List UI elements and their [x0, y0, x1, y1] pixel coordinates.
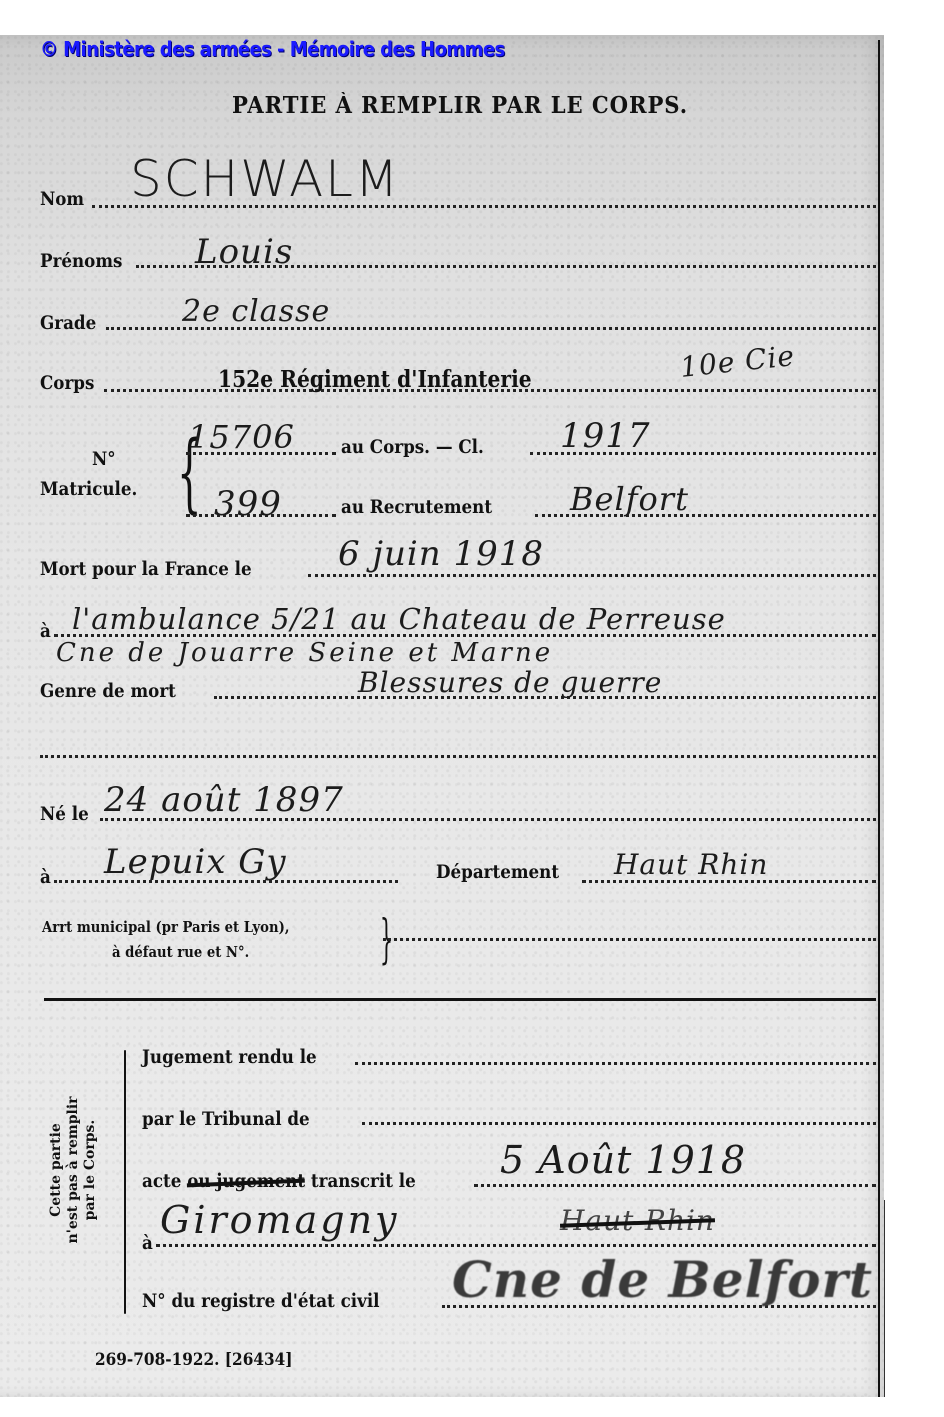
naissance-label: Né le: [40, 803, 89, 825]
nom-value: SCHWALM: [130, 150, 400, 208]
lieu-mort-value-line1: l'ambulance 5/21 au Chateau de Perreuse: [72, 602, 726, 636]
transcription-value: 5 Août 1918: [500, 1138, 746, 1182]
matricule-corps-label: au Corps. — Cl.: [341, 436, 484, 458]
classe-value: 1917: [560, 416, 651, 456]
copyright-watermark: © Ministère des armées - Mémoire des Hom…: [40, 37, 505, 61]
jugement-rendu-label: Jugement rendu le: [142, 1046, 317, 1068]
tribunal-label: par le Tribunal de: [142, 1108, 310, 1130]
transcription-label-prefix: acte: [142, 1170, 181, 1192]
arrondissement-label-line2: à défaut rue et N°.: [112, 943, 249, 961]
lieu-transcription-value: Giromagny: [160, 1198, 400, 1242]
matricule-recrutement-value: 399: [214, 484, 282, 524]
lieu-mort-value-line2: Cne de Jouarre Seine et Marne: [56, 638, 553, 668]
transcription-label-struck: ou jugement: [187, 1170, 305, 1192]
section-divider: [44, 998, 876, 1001]
lieu-transcription-label: à: [142, 1232, 153, 1254]
side-note: Cette partie n'est pas à remplir par le …: [48, 1070, 99, 1270]
jugement-rendu-line: [355, 1062, 876, 1065]
arrondissement-label-line1: Arrt municipal (pr Paris et Lyon),: [42, 918, 289, 936]
departement-label: Département: [436, 861, 559, 883]
transcription-label-suffix: transcrit le: [311, 1170, 416, 1192]
prenoms-value: Louis: [195, 232, 293, 272]
naissance-value: 24 août 1897: [104, 780, 344, 820]
lieu-naissance-label: à: [40, 866, 51, 888]
matricule-corps-value: 15706: [188, 418, 295, 456]
genre-mort-value: Blessures de guerre: [358, 666, 662, 699]
lieu-transcription-line: [156, 1244, 876, 1247]
mort-line: [308, 574, 876, 577]
departement-value: Haut Rhin: [614, 848, 768, 881]
mort-label: Mort pour la France le: [40, 558, 252, 580]
document-page: [0, 35, 884, 1397]
recrutement-label: au Recrutement: [341, 496, 492, 518]
side-note-line1: Cette partie: [48, 1070, 65, 1270]
mort-value: 6 juin 1918: [338, 534, 544, 574]
page-border-rule-secondary: [884, 1200, 885, 1397]
transcription-line: [474, 1184, 876, 1187]
matricule-label: Matricule.: [40, 478, 137, 500]
grade-label: Grade: [40, 312, 96, 334]
genre-mort-label: Genre de mort: [40, 680, 176, 702]
transcription-label: acte ou jugement transcrit le: [142, 1170, 416, 1192]
extra-line: [40, 755, 876, 758]
jugement-bracket: [124, 1050, 126, 1314]
corps-label: Corps: [40, 372, 94, 394]
registre-label: N° du registre d'état civil: [142, 1290, 380, 1312]
side-note-line2: n'est pas à remplir: [65, 1070, 82, 1270]
nom-label: Nom: [40, 188, 84, 210]
lieu-transcription-struck-value: Haut-Rhin: [560, 1204, 715, 1237]
lieu-mort-label: à: [40, 620, 51, 642]
form-reference-code: 269-708-1922. [26434]: [95, 1350, 293, 1370]
form-title: PARTIE À REMPLIR PAR LE CORPS.: [37, 92, 883, 119]
side-note-line3: par le Corps.: [82, 1070, 99, 1270]
corps-value: 152e Régiment d'Infanterie: [218, 366, 532, 393]
arrondissement-line: [383, 938, 876, 941]
lieu-naissance-value: Lepuix Gy: [104, 842, 287, 882]
recrutement-place-value: Belfort: [570, 480, 689, 518]
prenoms-label: Prénoms: [40, 250, 122, 272]
grade-value: 2e classe: [182, 294, 330, 329]
tribunal-line: [362, 1122, 876, 1125]
registre-value: Cne de Belfort: [452, 1250, 873, 1309]
matricule-label-no: N°: [92, 448, 116, 470]
page-border-rule: [878, 40, 880, 1397]
